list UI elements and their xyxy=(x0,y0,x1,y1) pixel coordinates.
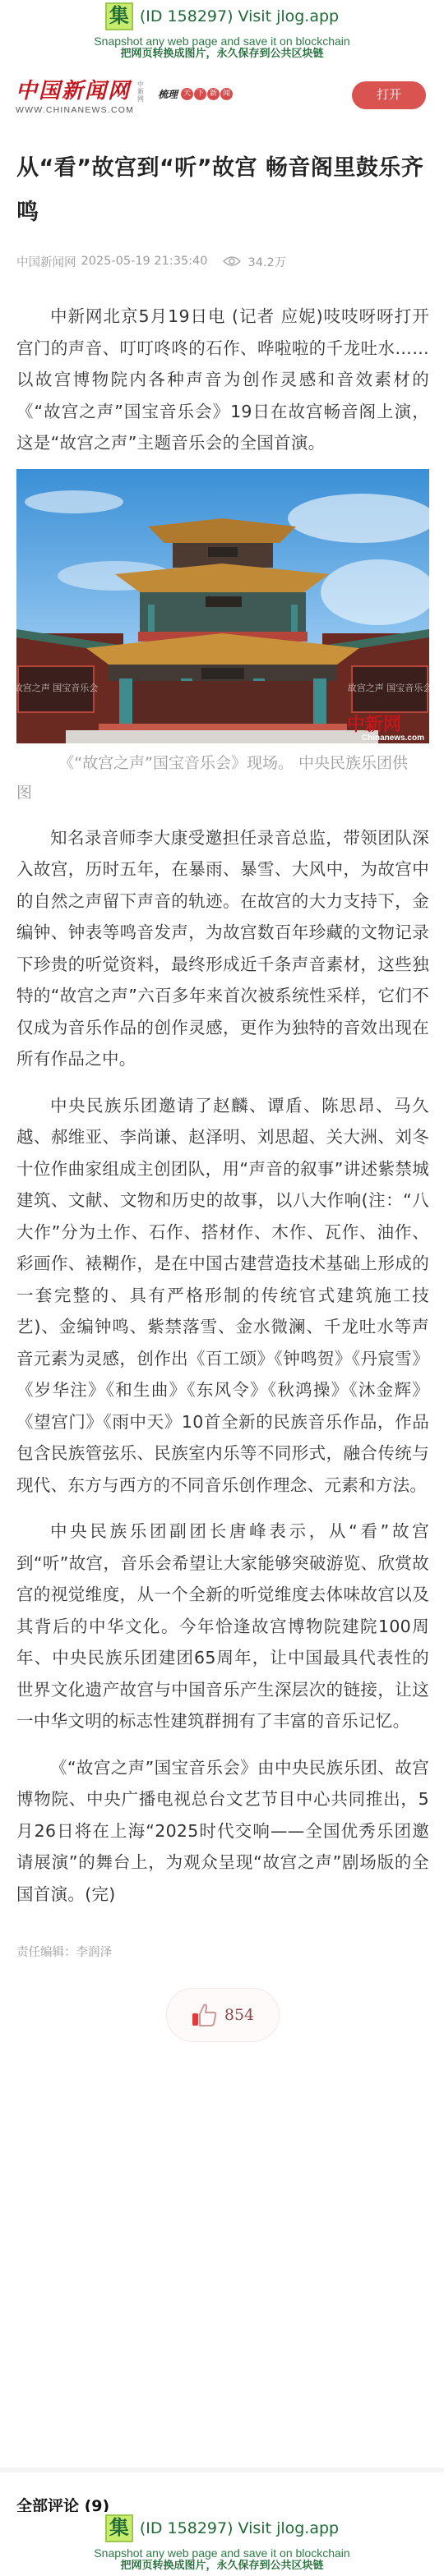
svg-text:故宫之声 国宝音乐会: 故宫之声 国宝音乐会 xyxy=(16,682,98,693)
article-title: 从“看”故宫到“听”故宫 畅音阁里鼓乐齐鸣 xyxy=(16,146,429,235)
section-divider xyxy=(0,2468,444,2472)
jlog-subtitle-cn: 把网页转换成图片，永久保存到公共区块链 xyxy=(0,2560,444,2572)
article: 从“看”故宫到“听”故宫 畅音阁里鼓乐齐鸣 中国新闻网 2025-05-19 2… xyxy=(16,146,429,2042)
slogan-prefix: 梳理 xyxy=(158,87,178,101)
svg-text:中新网: 中新网 xyxy=(347,714,401,735)
article-paragraph: 中新网北京5月19日电 (记者 应妮)吱吱呀呀打开宫门的声音、叮叮咚咚的石作、哗… xyxy=(16,301,429,459)
view-count: 34.2万 xyxy=(248,253,287,270)
pavilion-photo: 故宫之声 国宝音乐会 故宫之声 国宝音乐会 中新网 xyxy=(16,469,429,743)
jlog-title[interactable]: (ID 158297) Visit jlog.app xyxy=(140,2519,339,2537)
jlog-badge-icon: 集 xyxy=(105,2514,133,2542)
open-app-button[interactable]: 打开 xyxy=(352,81,426,109)
eye-icon xyxy=(223,255,241,267)
like-area: 854 xyxy=(16,1988,429,2042)
slogan-char: 天 xyxy=(181,88,193,100)
article-paragraph: 《“故宫之声”国宝音乐会》由中央民族乐团、故宫博物院、中央广播电视总台文艺节目中… xyxy=(16,1752,429,1911)
svg-text:故宫之声 国宝音乐会: 故宫之声 国宝音乐会 xyxy=(348,682,429,693)
jlog-subtitle-cn: 把网页转换成图片，永久保存到公共区块链 xyxy=(0,48,444,60)
like-count: 854 xyxy=(224,2006,254,2024)
logo-side-text: 中新网 xyxy=(137,80,146,103)
logo-text: 中国新闻网 xyxy=(16,79,147,103)
article-paragraph: 知名录音师李大康受邀担任录音总监，带领团队深入故宫，历时五年，在暴雨、暴雪、大风… xyxy=(16,822,429,1075)
article-image[interactable]: 故宫之声 国宝音乐会 故宫之声 国宝音乐会 中新网 xyxy=(16,469,429,743)
article-datetime: 2025-05-19 21:35:40 xyxy=(81,255,208,268)
logo-url: WWW.CHINANEWS.COM xyxy=(16,105,147,115)
image-caption: 《“故宫之声”国宝音乐会》现场。 中央民族乐团供图 xyxy=(16,748,411,807)
jlog-banner-bottom[interactable]: 集 (ID 158297) Visit jlog.app Snapshot an… xyxy=(0,2512,444,2576)
article-paragraph: 中央民族乐团邀请了赵麟、谭盾、陈思昂、马久越、郝维亚、李尚谦、赵泽明、刘思超、关… xyxy=(16,1090,429,1502)
jlog-badge-icon: 集 xyxy=(105,2,133,30)
slogan: 梳理 天 下 新 闻 xyxy=(158,87,233,101)
svg-text:Chinanews.com: Chinanews.com xyxy=(362,734,424,743)
slogan-char: 新 xyxy=(207,88,220,100)
responsible-editor: 责任编辑：李润泽 xyxy=(16,1943,429,1960)
jlog-title[interactable]: (ID 158297) Visit jlog.app xyxy=(140,7,339,25)
site-header: 中国新闻网 中新网 WWW.CHINANEWS.COM 梳理 天 下 新 闻 打… xyxy=(0,76,444,125)
jlog-subtitle-en: Snapshot any web page and save it on blo… xyxy=(0,35,444,48)
like-button[interactable]: 854 xyxy=(166,1988,280,2042)
jlog-banner-top[interactable]: 集 (ID 158297) Visit jlog.app Snapshot an… xyxy=(0,0,444,66)
jlog-subtitle-en: Snapshot any web page and save it on blo… xyxy=(0,2547,444,2560)
article-paragraph: 中央民族乐团副团长唐峰表示，从“看”故宫到“听”故宫，音乐会希望让大家能够突破游… xyxy=(16,1516,429,1737)
slogan-char: 闻 xyxy=(220,88,233,100)
article-meta: 中国新闻网 2025-05-19 21:35:40 34.2万 xyxy=(16,251,429,271)
chinanews-logo[interactable]: 中国新闻网 中新网 WWW.CHINANEWS.COM xyxy=(16,79,147,115)
slogan-char: 下 xyxy=(194,88,206,100)
thumbs-up-icon xyxy=(192,2003,218,2027)
article-source: 中国新闻网 xyxy=(16,253,76,270)
